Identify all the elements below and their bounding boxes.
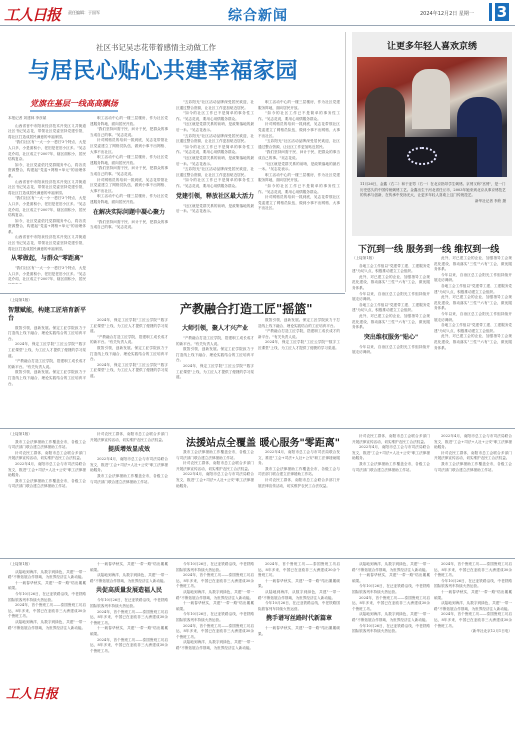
paragraph: "我们社区有'一大一小一老旧'3个特点，大是人口多，小是面积小，老旧是老旧小区多… — [8, 266, 86, 284]
belt-road-column-5: 从陆地到海洋，从数字到绿色，共建"一带一路"不断拓展合作领域，为世界经济注入新动… — [352, 562, 430, 746]
paragraph: 从陆地到海洋，从数字到绿色，共建"一带一路"不断拓展合作领域，为世界经济注入新动… — [90, 573, 168, 584]
paragraph: 今年10月26日，在泛亚铁路沿线，中老铁路国际旅客列车持续火热运营。 — [8, 592, 86, 603]
paragraph: 此外，对已建工会的企业，加强指导工会规范化建设，推动落实"三性""六有"工会，做… — [352, 314, 430, 331]
dateline: （上接第1版） — [8, 432, 86, 438]
paragraph: "社区就是党群关系的前哨，是政策落地的最后一米。"吴志花表示。 — [176, 156, 254, 167]
dateline: （上接第1版） — [8, 298, 86, 304]
paragraph: 十一载春华秋实，共建"一带一路"结出累累硕果。 — [90, 626, 168, 637]
paragraph: 针对网格员的培训一抓到底，吴志花带领社区党委建立了网格员队伍，做到小事不出网格、… — [258, 122, 340, 139]
paragraph: "我们社区有'一大一小一老旧'3个特点，大是人口多，小是面积小，老旧是老旧小区多… — [8, 140, 86, 162]
paragraph: 2024年，保定工匠学院"工匠云学院""数字工匠课堂"上线，为工匠人才提供了便捷… — [176, 364, 254, 381]
paragraph: 2024年，首个鲁班工坊——泰国鲁班工坊启运，8年多来，中国已在亚欧非三大洲建成… — [352, 596, 430, 613]
editor-line: 责任编辑：于国军 — [68, 10, 100, 16]
paragraph: 2022年4月，南阳市总工会与市司法局联合发文，推进"工会+司法+人社+公安"职… — [8, 462, 86, 479]
paragraph: 今年10月26日，在泛亚铁路沿线，中老铁路国际旅客列车持续火热运营。 — [352, 584, 430, 595]
paragraph: 今年10月26日，在泛亚铁路沿线，中老铁路国际旅客列车持续火热运营。 — [176, 612, 254, 623]
paragraph: "我们社区有'一大一小一老旧'3个特点，大是人口多，小是面积小，老旧是老旧小区多… — [8, 196, 86, 218]
paragraph: "如今的社区工作已不是简单的事务性工作。"吴志花说，要用心用情服务群众。 — [176, 145, 254, 156]
legal-headline: 法援站点全覆盖 暖心服务"零距离" — [186, 434, 340, 449]
paragraph: 2024年，首个鲁班工坊——泰国鲁班工坊启运，8年多来，中国已在亚欧非三大洲建成… — [258, 562, 340, 579]
paragraph: 2022年4月，南阳市总工会与市司法局联合发文，推进"工会+司法+人社+公安"职… — [434, 434, 512, 451]
page-number-badge: 3 — [492, 3, 509, 21]
belt-road-column-2: 十一载春华秋实，共建"一带一路"结出累累硕果。 从陆地到海洋，从数字到绿色，共建… — [90, 562, 168, 746]
paragraph: 职工活动中心的一楼三层楼房，作为社区党建服务阵地，面向居民开放。 — [90, 194, 168, 205]
lead-banner: 党旗在基层一线高高飘扬 — [30, 98, 118, 112]
paragraph: 从陆地到海洋，从数字到绿色，共建"一带一路"不断拓展合作领域，为世界经济注入新动… — [176, 590, 254, 601]
paragraph: 针对农民工群体，南阳市总工会联合多部门开展法律宣传活动，切实维护农民工合法权益。 — [8, 451, 86, 462]
paragraph: "如今的社区工作已不是简单的事务性工作。"吴志花说，要用心用情服务群众。 — [258, 111, 340, 122]
paragraph: "我们坚持问需于民、问计于民，把群众的事当成自己的事。"吴志花说。 — [258, 150, 340, 161]
section-title: 综合新闻 — [228, 5, 288, 25]
paragraph: 针对农民工群体，南阳市总工会联合多部门开展法律宣传活动，切实维护农民工合法权益。 — [176, 461, 254, 472]
paragraph: 我市工会法律援助工作覆盖全市，各级工会与司法部门联合建立法律援助工作站。 — [90, 474, 168, 485]
subhead: 从零做起，与群众"零距离" — [8, 255, 86, 263]
paragraph: 从陆地到海洋，从数字到绿色，共建"一带一路"不断拓展合作领域，为世界经济注入新动… — [8, 570, 86, 581]
paragraph: "产教融合打造工匠学院，搭建职工成长成才的新平台。"有关负责人说。 — [8, 359, 86, 370]
bottom-newspaper-logo: 工人日报 — [6, 683, 58, 702]
lead-column-2: 职工活动中心的一楼三层楼房，作为社区党建服务阵地，面向居民开放。 "我们坚持问需… — [90, 116, 168, 284]
paragraph: 2024年，首个鲁班工坊——泰国鲁班工坊启运，8年多来，中国已在亚欧非三大洲建成… — [176, 573, 254, 590]
dateline: （上接第1版） — [8, 562, 86, 568]
paragraph: 十一载春华秋实，共建"一带一路"结出累累硕果。 — [352, 573, 430, 584]
paragraph: 今年10月26日，在泛亚铁路沿线，中老铁路国际旅客列车持续火热运营。 — [434, 579, 512, 590]
middle-column-4: 数智引领，创新发展。保定工匠学院致力于打造线上线下融合、理论实践结合的工匠培育平… — [258, 318, 340, 426]
person-figure — [412, 69, 450, 129]
belt-road-column-3: 今年10月26日，在泛亚铁路沿线，中老铁路国际旅客列车持续火热运营。 2024年… — [176, 562, 254, 746]
paragraph: 今年以来，自治区总工会阳光工作组持续开展走访调研。 — [352, 292, 430, 303]
paragraph: "如今的社区工作已不是简单的事务性工作。"吴志花说，要用心用情服务群众。 — [176, 111, 254, 122]
paragraph: 从陆地到海洋，从数字到绿色，共建"一带一路"不断拓展合作领域，为世界经济注入新动… — [352, 562, 430, 573]
paragraph: 2024年，首个鲁班工坊——泰国鲁班工坊启运，8年多来，中国已在亚欧非三大洲建成… — [90, 638, 168, 655]
paragraph: "五彩阳光"社区活动品牌深受居民欢迎，社区通过整合资源，让社区工作更加贴近居民。 — [176, 100, 254, 111]
paragraph: 今年10月26日，在泛亚铁路沿线，中老铁路国际旅客列车持续火热运营。 — [90, 598, 168, 609]
paragraph: 从陆地到海洋，从数字到绿色，共建"一带一路"不断拓展合作领域，为世界经济注入新动… — [434, 601, 512, 612]
paragraph: 各地工会工作组以"党建带工建、工建服务党建"为切入点，积极推动建立工会组织。 — [352, 264, 430, 275]
paragraph: "我们坚持问需于民、问计于民，把群众的事当成自己的事。"吴志花说。 — [90, 220, 168, 231]
newspaper-logo: 工人日报 — [4, 4, 60, 25]
paragraph: 数智引领，创新发展。保定工匠学院致力于打造线上线下融合、理论实践结合的工匠培育平… — [8, 326, 86, 343]
legal-column-4: 2022年4月，南阳市总工会与市司法局联合发文，推进"工会+司法+人社+公安"职… — [258, 450, 340, 554]
subhead: 党建引领，释放社区最大活力 — [176, 193, 254, 201]
paragraph: 今年10月26日，在泛亚铁路沿线，中老铁路国际旅客列车持续火热运营。 — [258, 601, 340, 612]
paragraph: 从陆地到海洋，从数字到绿色，共建"一带一路"不断拓展合作领域，为世界经济注入新动… — [176, 640, 254, 651]
paragraph: 今年10月26日，在泛亚铁路沿线，中老铁路国际旅客列车持续火热运营。 — [352, 624, 430, 635]
subhead: 突出维权服务"贴心" — [352, 334, 430, 342]
right-column-1: （上接第1版） 各地工会工作组以"党建带工建、工建服务党建"为切入点，积极推动建… — [352, 256, 430, 426]
paragraph: 十一载春华秋实，共建"一带一路"结出累累硕果。 — [176, 601, 254, 612]
belt-road-column-1: （上接第1版） 从陆地到海洋，从数字到绿色，共建"一带一路"不断拓展合作领域，为… — [8, 562, 86, 680]
paragraph: 数智引领，创新发展。保定工匠学院致力于打造线上线下融合、理论实践结合的工匠培育平… — [176, 347, 254, 364]
paragraph: "五彩阳光"社区活动品牌深受居民欢迎，社区通过整合资源，让社区工作更加贴近居民。 — [176, 134, 254, 145]
photo-title: 让更多年轻人喜欢京绣 — [352, 39, 512, 52]
paragraph: "社区就是党群关系的前哨，是政策落地的最后一米。"吴志花表示。 — [258, 162, 340, 173]
embroidery-photo — [357, 57, 507, 177]
column-divider — [345, 32, 346, 292]
paragraph: 职工活动中心的一楼三层楼房，作为社区党建服务阵地，面向居民开放。 — [258, 173, 340, 184]
middle-column-3: 大师引领，聚人才兴产业 "产教融合打造工匠学院，搭建职工成长成才的新平台。"有关… — [176, 322, 254, 426]
section-rule — [0, 428, 515, 429]
paragraph: 2024年，首个鲁班工坊——泰国鲁班工坊启运，8年多来，中国已在亚欧非三大洲建成… — [434, 612, 512, 629]
middle-headline: 产教融合打造工匠"摇篮" — [180, 300, 313, 317]
paragraph: 数智引领，创新发展。保定工匠学院致力于打造线上线下融合、理论实践结合的工匠培育平… — [90, 346, 168, 363]
footer-note: （新华社北京12月1日电） — [434, 629, 512, 635]
paragraph: 此外，对已建工会的企业，加强指导工会规范化建设，推动落实"三性""六有"工会，做… — [352, 275, 430, 292]
masthead: 工人日报 责任编辑：于国军 综合新闻 2024年12月2日 星期一 3 — [0, 0, 515, 26]
paragraph: 如今，社区党委依托党群服务中心，将各类资源整合，构建起"党委+网格+单元"的治理… — [8, 219, 86, 236]
paragraph: 今年以来，自治区总工会阳光工作组持续开展走访调研。 — [434, 312, 512, 323]
paragraph: "五彩阳光"社区活动品牌深受居民欢迎，社区通过整合资源，让社区工作更加贴近居民。 — [176, 167, 254, 178]
paragraph: 各地工会工作组以"党建带工建、工建服务党建"为切入点，积极推动建立工会组织。 — [352, 303, 430, 314]
embroidery-pattern — [407, 147, 437, 165]
paragraph: 2024年，首个鲁班工坊——泰国鲁班工坊启运，8年多来，中国已在亚欧非三大洲建成… — [90, 610, 168, 627]
paragraph: 2024年，保定工匠学院"工匠云学院""数字工匠课堂"上线，为工匠人才提供了便捷… — [90, 318, 168, 335]
belt-road-column-4: 2024年，首个鲁班工坊——泰国鲁班工坊启运，8年多来，中国已在亚欧非三大洲建成… — [258, 562, 340, 746]
paragraph: "产教融合打造工匠学院，搭建职工成长成才的新平台。"有关负责人说。 — [176, 336, 254, 347]
paragraph: 十一载春华秋实，共建"一带一路"结出累累硕果。 — [258, 579, 340, 590]
middle-column-2: 2024年，保定工匠学院"工匠云学院""数字工匠课堂"上线，为工匠人才提供了便捷… — [90, 318, 168, 426]
subhead: 共促高质量发展造福人民 — [90, 587, 168, 595]
lead-column-1: 本报记者 刘建林 李彦斌 山西省晋中市阳泉经济技术开发区义井街道社区书记吴志花，… — [8, 116, 86, 284]
paragraph: "如今的社区工作已不是简单的事务性工作。"吴志花说，要用心用情服务群众。 — [258, 184, 340, 195]
paragraph: 职工活动中心的一楼三层楼房，作为社区党建服务阵地，面向居民开放。 — [258, 100, 340, 111]
photo-caption: 11月26日，金鑫（右二）和于亚男（右一）在北京指导学生刺绣。京绣又称"宫绣"，… — [360, 182, 506, 204]
paragraph: 山西省晋中市阳泉经济技术开发区义井街道社区书记吴志花，带领社区党委坚持党建引领，… — [8, 235, 86, 252]
paragraph: 此外，对已建工会的企业，加强指导工会规范化建设，推动落实"三性""六有"工会，做… — [434, 295, 512, 312]
photo-credit: 新华社记者 李欣 摄 — [360, 199, 506, 205]
right-headline: 下沉到一线 服务到一线 维权到一线 — [358, 242, 499, 255]
paragraph: 从陆地到海洋，从数字到绿色，共建"一带一路"不断拓展合作领域，为世界经济注入新动… — [258, 590, 340, 601]
paragraph: 我市工会法律援助工作覆盖全市，各级工会与司法部门联合建立法律援助工作站。 — [8, 479, 86, 490]
lead-kicker: 社区书记吴志花带着感情主动做工作 — [96, 42, 216, 53]
issue-date: 2024年12月2日 星期一 — [420, 10, 474, 17]
paragraph: 山西省晋中市阳泉经济技术开发区义井街道社区书记吴志花，带领社区党委坚持党建引领，… — [8, 180, 86, 197]
paragraph: 2024年，首个鲁班工坊——泰国鲁班工坊启运，8年多来，中国已在亚欧非三大洲建成… — [434, 562, 512, 579]
paragraph: 我市工会法律援助工作覆盖全市，各级工会与司法部门联合建立法律援助工作站。 — [352, 462, 430, 473]
lead-headline: 与居民心贴心共建幸福家园 — [28, 54, 298, 85]
paragraph: 今年以来，自治区总工会阳光工作组持续开展走访调研。 — [352, 345, 430, 356]
paragraph: 山西省晋中市阳泉经济技术开发区义井街道社区书记吴志花，带领社区党委坚持党建引领，… — [8, 124, 86, 141]
paragraph: 职工活动中心的一楼三层楼房，作为社区党建服务阵地，面向居民开放。 — [90, 155, 168, 166]
paragraph: 我市工会法律援助工作覆盖全市，各级工会与司法部门联合建立法律援助工作站。 — [258, 467, 340, 478]
paragraph: 今年10月26日，在泛亚铁路沿线，中老铁路国际旅客列车持续火热运营。 — [176, 562, 254, 573]
paragraph: 我市工会法律援助工作覆盖全市，各级工会与司法部门联合建立法律援助工作站。 — [176, 450, 254, 461]
paragraph: 各地工会工作组以"党建带工建、工建服务党建"为切入点，积极推动建立工会组织。 — [434, 323, 512, 334]
paragraph: 我市工会法律援助工作覆盖全市，各级工会与司法部门联合建立法律援助工作站。 — [434, 462, 512, 473]
paragraph: 此外，对已建工会的企业，加强指导工会规范化建设，推动落实"三性""六有"工会，做… — [434, 334, 512, 351]
paragraph: 针对农民工群体，南阳市总工会联合多部门开展法律宣传活动，切实维护农民工合法权益。 — [90, 432, 168, 443]
paragraph: 针对农民工群体，南阳市总工会联合多部门开展法律宣传活动，切实维护农民工合法权益。 — [434, 451, 512, 462]
paragraph: 2024年，保定工匠学院"工匠云学院""数字工匠课堂"上线，为工匠人才提供了便捷… — [258, 340, 340, 351]
paragraph: "社区就是党群关系的前哨，是政策落地的最后一米。"吴志花表示。 — [176, 204, 254, 215]
caption-text: 11月26日，金鑫（右二）和于亚男（右一）在北京指导学生刺绣。京绣又称"宫绣"，… — [360, 182, 506, 199]
paragraph: 职工活动中心的一楼三层楼房，作为社区党建服务阵地，面向居民开放。 — [90, 116, 168, 127]
paragraph: 数智引领，创新发展。保定工匠学院致力于打造线上线下融合、理论实践结合的工匠培育平… — [258, 318, 340, 329]
paragraph: 十一载春华秋实，共建"一带一路"结出累累硕果。 — [434, 590, 512, 601]
paragraph: 今年以来，自治区总工会阳光工作组持续开展走访调研。 — [434, 273, 512, 284]
paragraph: "五彩阳光"社区活动品牌深受居民欢迎，社区通过整合资源，让社区工作更加贴近居民。 — [258, 139, 340, 150]
paragraph: "产教融合打造工匠学院，搭建职工成长成才的新平台。"有关负责人说。 — [90, 335, 168, 346]
paragraph: 从陆地到海洋，从数字到绿色，共建"一带一路"不断拓展合作领域，为世界经济注入新动… — [352, 612, 430, 623]
paragraph: 2024年，保定工匠学院"工匠云学院""数字工匠课堂"上线，为工匠人才提供了便捷… — [90, 363, 168, 380]
paragraph: 针对网格员的培训一抓到底，吴志花带领社区党委建立了网格员队伍，做到小事不出网格、… — [90, 138, 168, 155]
subhead: 提质增效显成效 — [90, 446, 168, 454]
legal-column-5: 针对农民工群体，南阳市总工会联合多部门开展法律宣传活动，切实维护农民工合法权益。… — [352, 434, 430, 554]
section-rule — [0, 293, 345, 294]
paragraph: "社区就是党群关系的前哨，是政策落地的最后一米。"吴志花表示。 — [176, 122, 254, 133]
paragraph: 针对农民工群体，南阳市总工会联合多部门开展法律宣传活动，切实维护农民工合法权益。 — [352, 434, 430, 445]
paragraph: 2024年，首个鲁班工坊——泰国鲁班工坊启运，8年多来，中国已在亚欧非三大洲建成… — [8, 603, 86, 620]
paragraph: "产教融合打造工匠学院，搭建职工成长成才的新平台。"有关负责人说。 — [258, 329, 340, 340]
legal-column-3: 我市工会法律援助工作覆盖全市，各级工会与司法部门联合建立法律援助工作站。 针对农… — [176, 450, 254, 554]
legal-column-2: 针对农民工群体，南阳市总工会联合多部门开展法律宣传活动，切实维护农民工合法权益。… — [90, 432, 168, 554]
section-rule — [0, 558, 515, 559]
paragraph: 我市工会法律援助工作覆盖全市，各级工会与司法部门联合建立法律援助工作站。 — [8, 440, 86, 451]
paragraph: 十一载春华秋实，共建"一带一路"结出累累硕果。 — [258, 626, 340, 637]
paragraph: "我们坚持问需于民、问计于民，把群众的事当成自己的事。"吴志花说。 — [90, 166, 168, 177]
subhead: 携手谱写丝路时代新篇章 — [258, 615, 340, 623]
paragraph: 2022年4月，南阳市总工会与市司法局联合发文，推进"工会+司法+人社+公安"职… — [258, 450, 340, 467]
lead-column-3: "五彩阳光"社区活动品牌深受居民欢迎，社区通过整合资源，让社区工作更加贴近居民。… — [176, 100, 254, 290]
middle-column-1: （上接第1版） 智慧赋能，构建工匠培育新平台 数智引领，创新发展。保定工匠学院致… — [8, 298, 86, 426]
lead-byline: 本报记者 刘建林 李彦斌 — [8, 116, 86, 122]
paragraph: 2022年4月，南阳市总工会与市司法局联合发文，推进"工会+司法+人社+公安"职… — [352, 445, 430, 462]
subhead: 大师引领，聚人才兴产业 — [176, 325, 254, 333]
paragraph: "我们坚持问需于民、问计于民，把群众的事当成自己的事。"吴志花说。 — [90, 127, 168, 138]
paragraph: 各地工会工作组以"党建带工建、工建服务党建"为切入点，积极推动建立工会组织。 — [434, 284, 512, 295]
paragraph: 十一载春华秋实，共建"一带一路"结出累累硕果。 — [8, 581, 86, 592]
paragraph: 此外，对已建工会的企业，加强指导工会规范化建设，推动落实"三性""六有"工会，做… — [434, 256, 512, 273]
paragraph: 数智引领，创新发展。保定工匠学院致力于打造线上线下融合、理论实践结合的工匠培育平… — [8, 370, 86, 387]
paragraph: 针对网格员的培训一抓到底，吴志花带领社区党委建立了网格员队伍，做到小事不出网格、… — [90, 178, 168, 195]
paragraph: 针对农民工群体，南阳市总工会联合多部门开展法律宣传活动，切实维护农民工合法权益。 — [258, 478, 340, 489]
dateline: （上接第1版） — [352, 256, 430, 262]
right-column-2: 此外，对已建工会的企业，加强指导工会规范化建设，推动落实"三性""六有"工会，做… — [434, 256, 512, 426]
paragraph: 2022年4月，南阳市总工会与市司法局联合发文，推进"工会+司法+人社+公安"职… — [176, 472, 254, 489]
belt-road-column-6: 2024年，首个鲁班工坊——泰国鲁班工坊启运，8年多来，中国已在亚欧非三大洲建成… — [434, 562, 512, 746]
legal-column-1: （上接第1版） 我市工会法律援助工作覆盖全市，各级工会与司法部门联合建立法律援助… — [8, 432, 86, 554]
paragraph: "如今的社区工作已不是简单的事务性工作。"吴志花说，要用心用情服务群众。 — [176, 178, 254, 189]
paragraph: 针对网格员的培训一抓到底，吴志花带领社区党委建立了网格员队伍，做到小事不出网格、… — [258, 195, 340, 212]
photo-feature: 让更多年轻人喜欢京绣 11月26日，金鑫（右二）和于亚男（右一）在北京指导学生刺… — [352, 32, 512, 236]
paragraph: 如今，社区党委依托党群服务中心，将各类资源整合，构建起"党委+网格+单元"的治理… — [8, 163, 86, 180]
paragraph: 2024年，保定工匠学院"工匠云学院""数字工匠课堂"上线，为工匠人才提供了便捷… — [8, 342, 86, 359]
paragraph: 2024年，首个鲁班工坊——泰国鲁班工坊启运，8年多来，中国已在亚欧非三大洲建成… — [176, 624, 254, 641]
paragraph: 从陆地到海洋，从数字到绿色，共建"一带一路"不断拓展合作领域，为世界经济注入新动… — [8, 620, 86, 631]
subhead: 在解决实际问题中凝心聚力 — [90, 209, 168, 217]
paragraph: 十一载春华秋实，共建"一带一路"结出累累硕果。 — [90, 562, 168, 573]
paragraph: 2022年4月，南阳市总工会与市司法局联合发文，推进"工会+司法+人社+公安"职… — [90, 457, 168, 474]
lead-column-4: 职工活动中心的一楼三层楼房，作为社区党建服务阵地，面向居民开放。 "如今的社区工… — [258, 100, 340, 290]
subhead: 智慧赋能，构建工匠培育新平台 — [8, 307, 86, 323]
legal-column-6: 2022年4月，南阳市总工会与市司法局联合发文，推进"工会+司法+人社+公安"职… — [434, 434, 512, 554]
